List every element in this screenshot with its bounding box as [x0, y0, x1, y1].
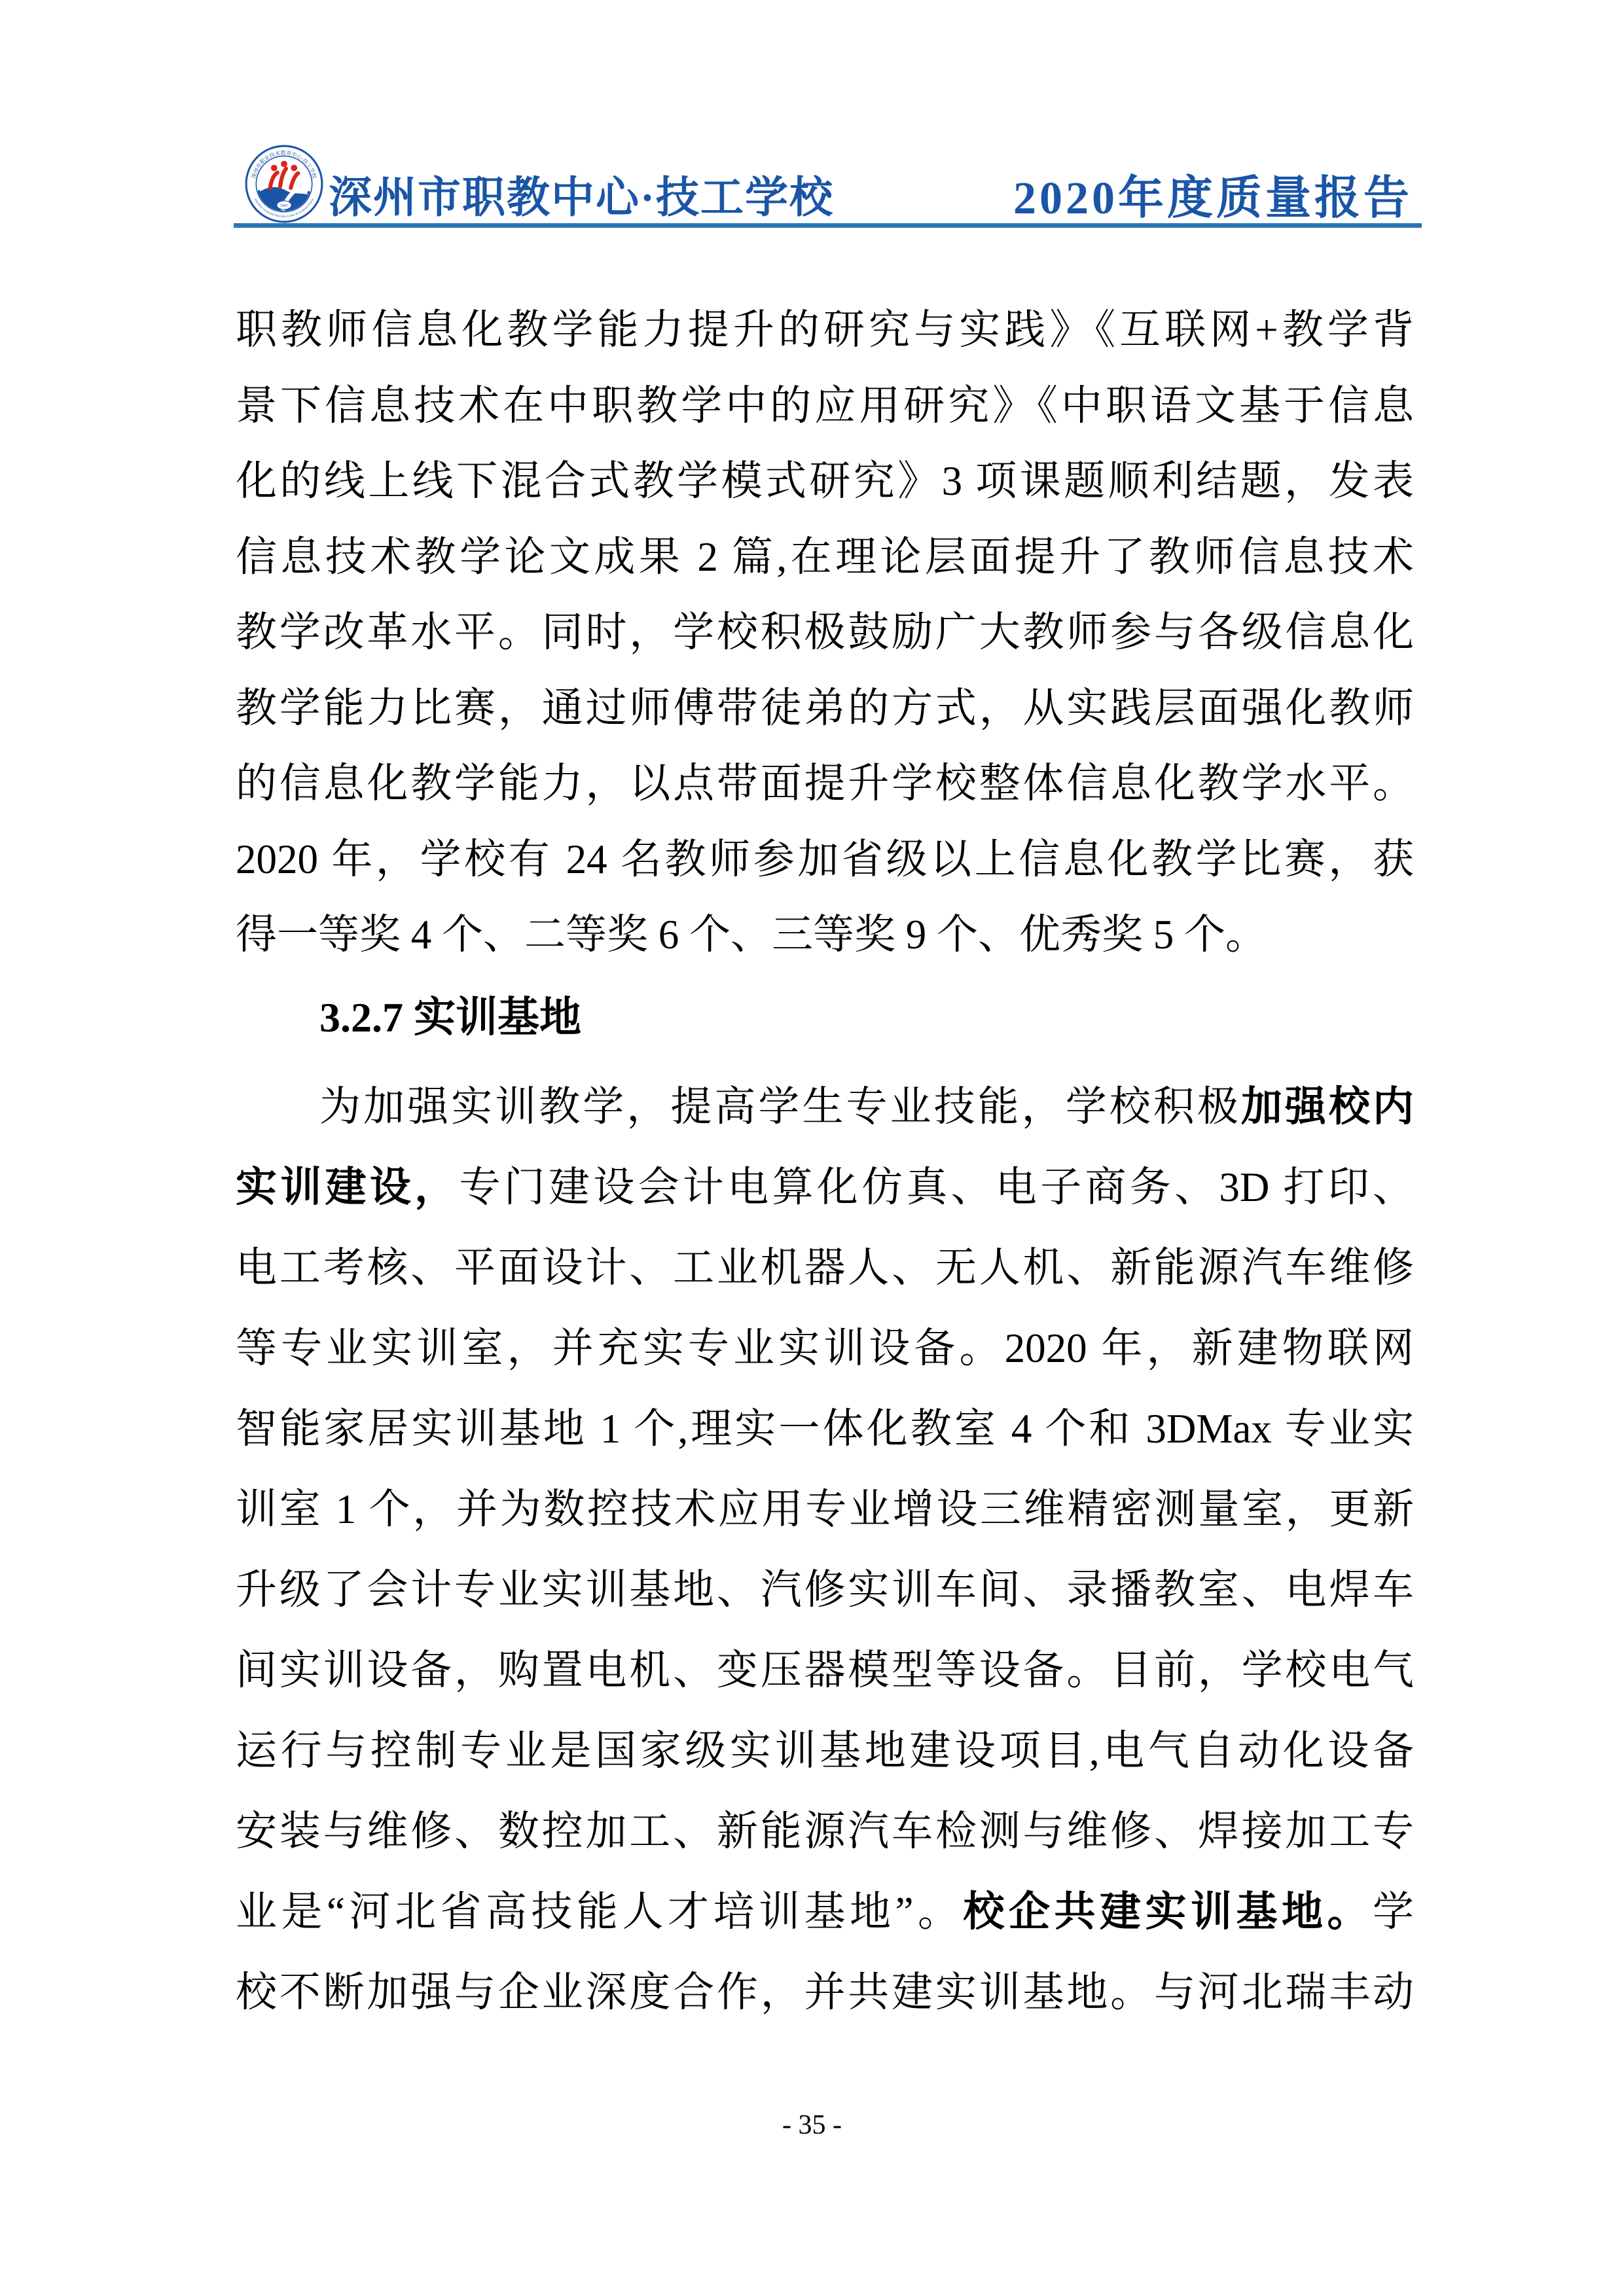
text-line: 训室 1 个，并为数控技术应用专业增设三维精密测量室，更新: [236, 1469, 1414, 1550]
text-line: 间实训设备，购置电机、变压器模型等设备。目前，学校电气: [236, 1630, 1414, 1711]
text-line: 智能家居实训基地 1 个,理实一体化教室 4 个和 3DMax 专业实: [236, 1389, 1414, 1469]
section-heading-text: 3.2.7 实训基地: [236, 994, 581, 1041]
text-line: 运行与控制专业是国家级实训基地建设项目,电气自动化设备: [236, 1711, 1414, 1791]
logo-year: 1997: [280, 204, 288, 208]
text-line: 为加强实训教学，提高学生专业技能，学校积极加强校内: [236, 1067, 1414, 1147]
text-line: 景下信息技术在中职教学中的应用研究》《中职语文基于信息: [236, 368, 1414, 444]
text-line: 升级了会计专业实训基地、汽修实训车间、录播教室、电焊车: [236, 1550, 1414, 1630]
header-divider-rule: [234, 223, 1422, 228]
text-line: 2020 年，学校有 24 名教师参加省级以上信息化教学比赛，获: [236, 822, 1414, 898]
text-line: 教学能力比赛，通过师傅带徒弟的方式，从实践层面强化教师: [236, 671, 1414, 747]
page-number: - 35 -: [782, 2110, 842, 2140]
text-line: 信息技术教学论文成果 2 篇,在理论层面提升了教师信息技术: [236, 520, 1414, 596]
text-line: 职教师信息化教学能力提升的研究与实践》《互联网+教学背: [236, 293, 1414, 368]
text-line: 业是“河北省高技能人才培训基地”。校企共建实训基地。学: [236, 1872, 1414, 1952]
school-emblem-logo: 深州市职业技术教育中心·技工学校 Shenzhou Vocational Edu…: [244, 144, 324, 224]
text-line: 化的线上线下混合式教学模式研究》3 项课题顺利结题，发表: [236, 444, 1414, 520]
text-line: 的信息化教学能力，以点带面提升学校整体信息化教学水平。: [236, 746, 1414, 822]
page-footer: - 35 -: [0, 2109, 1624, 2142]
document-page: 深州市职业技术教育中心·技工学校 Shenzhou Vocational Edu…: [0, 0, 1624, 2296]
section-heading-3-2-7: 3.2.7 实训基地: [236, 978, 1414, 1058]
text-line: 教学改革水平。同时，学校积极鼓励广大教师参与各级信息化: [236, 595, 1414, 671]
paragraph-2: 为加强实训教学，提高学生专业技能，学校积极加强校内 实训建设，专门建设会计电算化…: [236, 1067, 1414, 2033]
text-line: 等专业实训室，并充实专业实训设备。2020 年，新建物联网: [236, 1308, 1414, 1389]
text-line: 得一等奖 4 个、二等奖 6 个、三等奖 9 个、优秀奖 5 个。: [236, 897, 1414, 973]
header-school-name: 深州市职教中心·技工学校: [329, 162, 834, 224]
text-line: 校不断加强与企业深度合作，并共建实训基地。与河北瑞丰动: [236, 1952, 1414, 2033]
text-line: 安装与维修、数控加工、新能源汽车检测与维修、焊接加工专: [236, 1791, 1414, 1872]
text-line: 电工考核、平面设计、工业机器人、无人机、新能源汽车维修: [236, 1228, 1414, 1308]
paragraph-1: 职教师信息化教学能力提升的研究与实践》《互联网+教学背 景下信息技术在中职教学中…: [236, 293, 1414, 973]
header-report-title: 2020年度质量报告: [1013, 161, 1413, 227]
text-line: 实训建设，专门建设会计电算化仿真、电子商务、3D 打印、: [236, 1147, 1414, 1228]
